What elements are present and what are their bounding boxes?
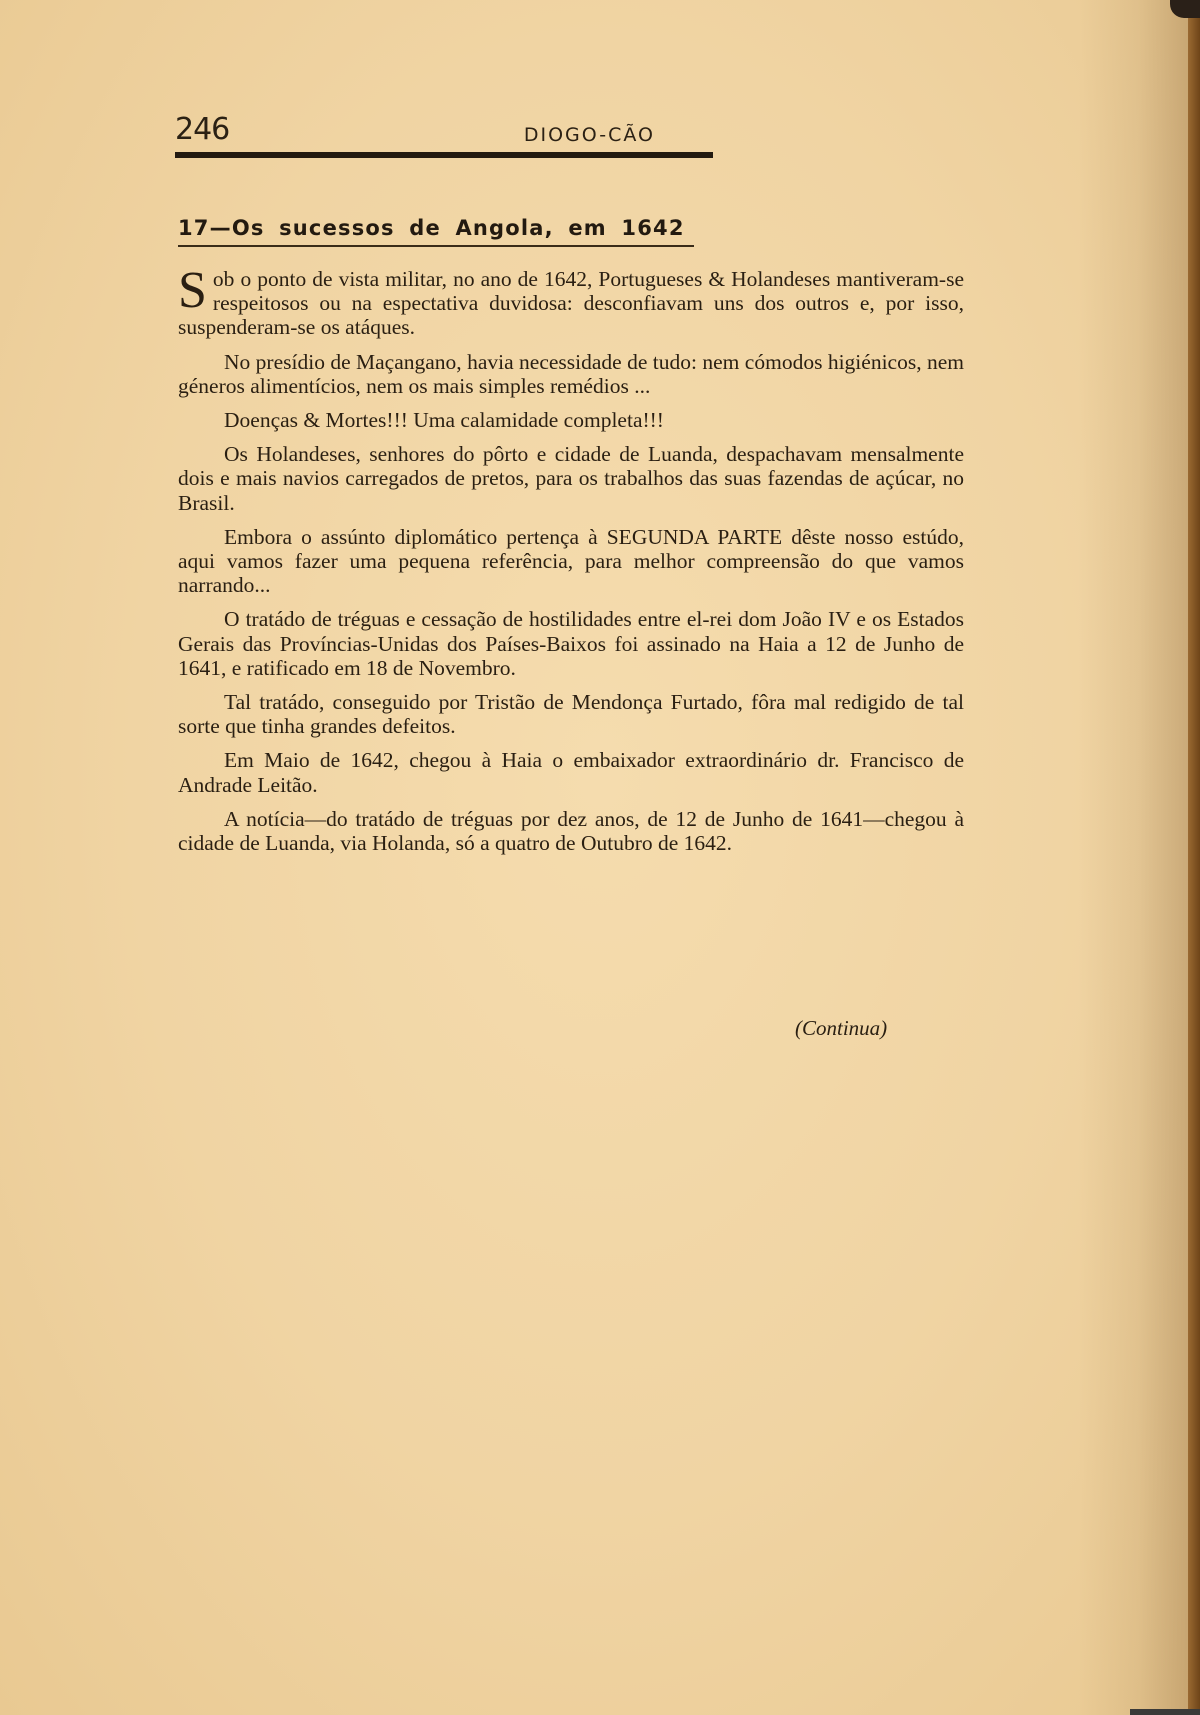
paragraph: Os Holandeses, senhores do pôrto e cidad… — [178, 442, 964, 515]
paragraph: Tal tratádo, conseguido por Tristão de M… — [178, 690, 964, 738]
book-binding-edge — [1188, 0, 1200, 1715]
paragraph: No presídio de Maçangano, havia necessid… — [178, 350, 964, 398]
paragraph: Embora o assúnto diplomático pertença à … — [178, 525, 964, 598]
body-text: Sob o ponto de vista militar, no ano de … — [178, 267, 964, 865]
running-head: DIOGO-CÃO — [524, 124, 655, 146]
drop-cap: S — [178, 270, 207, 312]
paragraph: Em Maio de 1642, chegou à Haia o embaixa… — [178, 748, 964, 796]
page-header: 246 DIOGO-CÃO — [175, 112, 713, 162]
paragraph: Sob o ponto de vista militar, no ano de … — [178, 267, 964, 340]
page-number: 246 — [175, 112, 229, 147]
header-rule — [175, 152, 713, 158]
continuation-note: (Continua) — [795, 1016, 887, 1041]
title-underline — [178, 245, 694, 247]
page-curl-shadow — [1078, 0, 1188, 1715]
book-page: 246 DIOGO-CÃO 17—Os sucessos de Angola, … — [0, 0, 1200, 1715]
paragraph: Doenças & Mortes!!! Uma calamidade compl… — [178, 408, 964, 432]
paragraph: O tratádo de tréguas e cessação de hosti… — [178, 607, 964, 680]
section-title: 17—Os sucessos de Angola, em 1642 — [178, 216, 685, 240]
paragraph: A notícia—do tratádo de tréguas por dez … — [178, 807, 964, 855]
binding-corner-bottom — [1130, 1709, 1200, 1715]
